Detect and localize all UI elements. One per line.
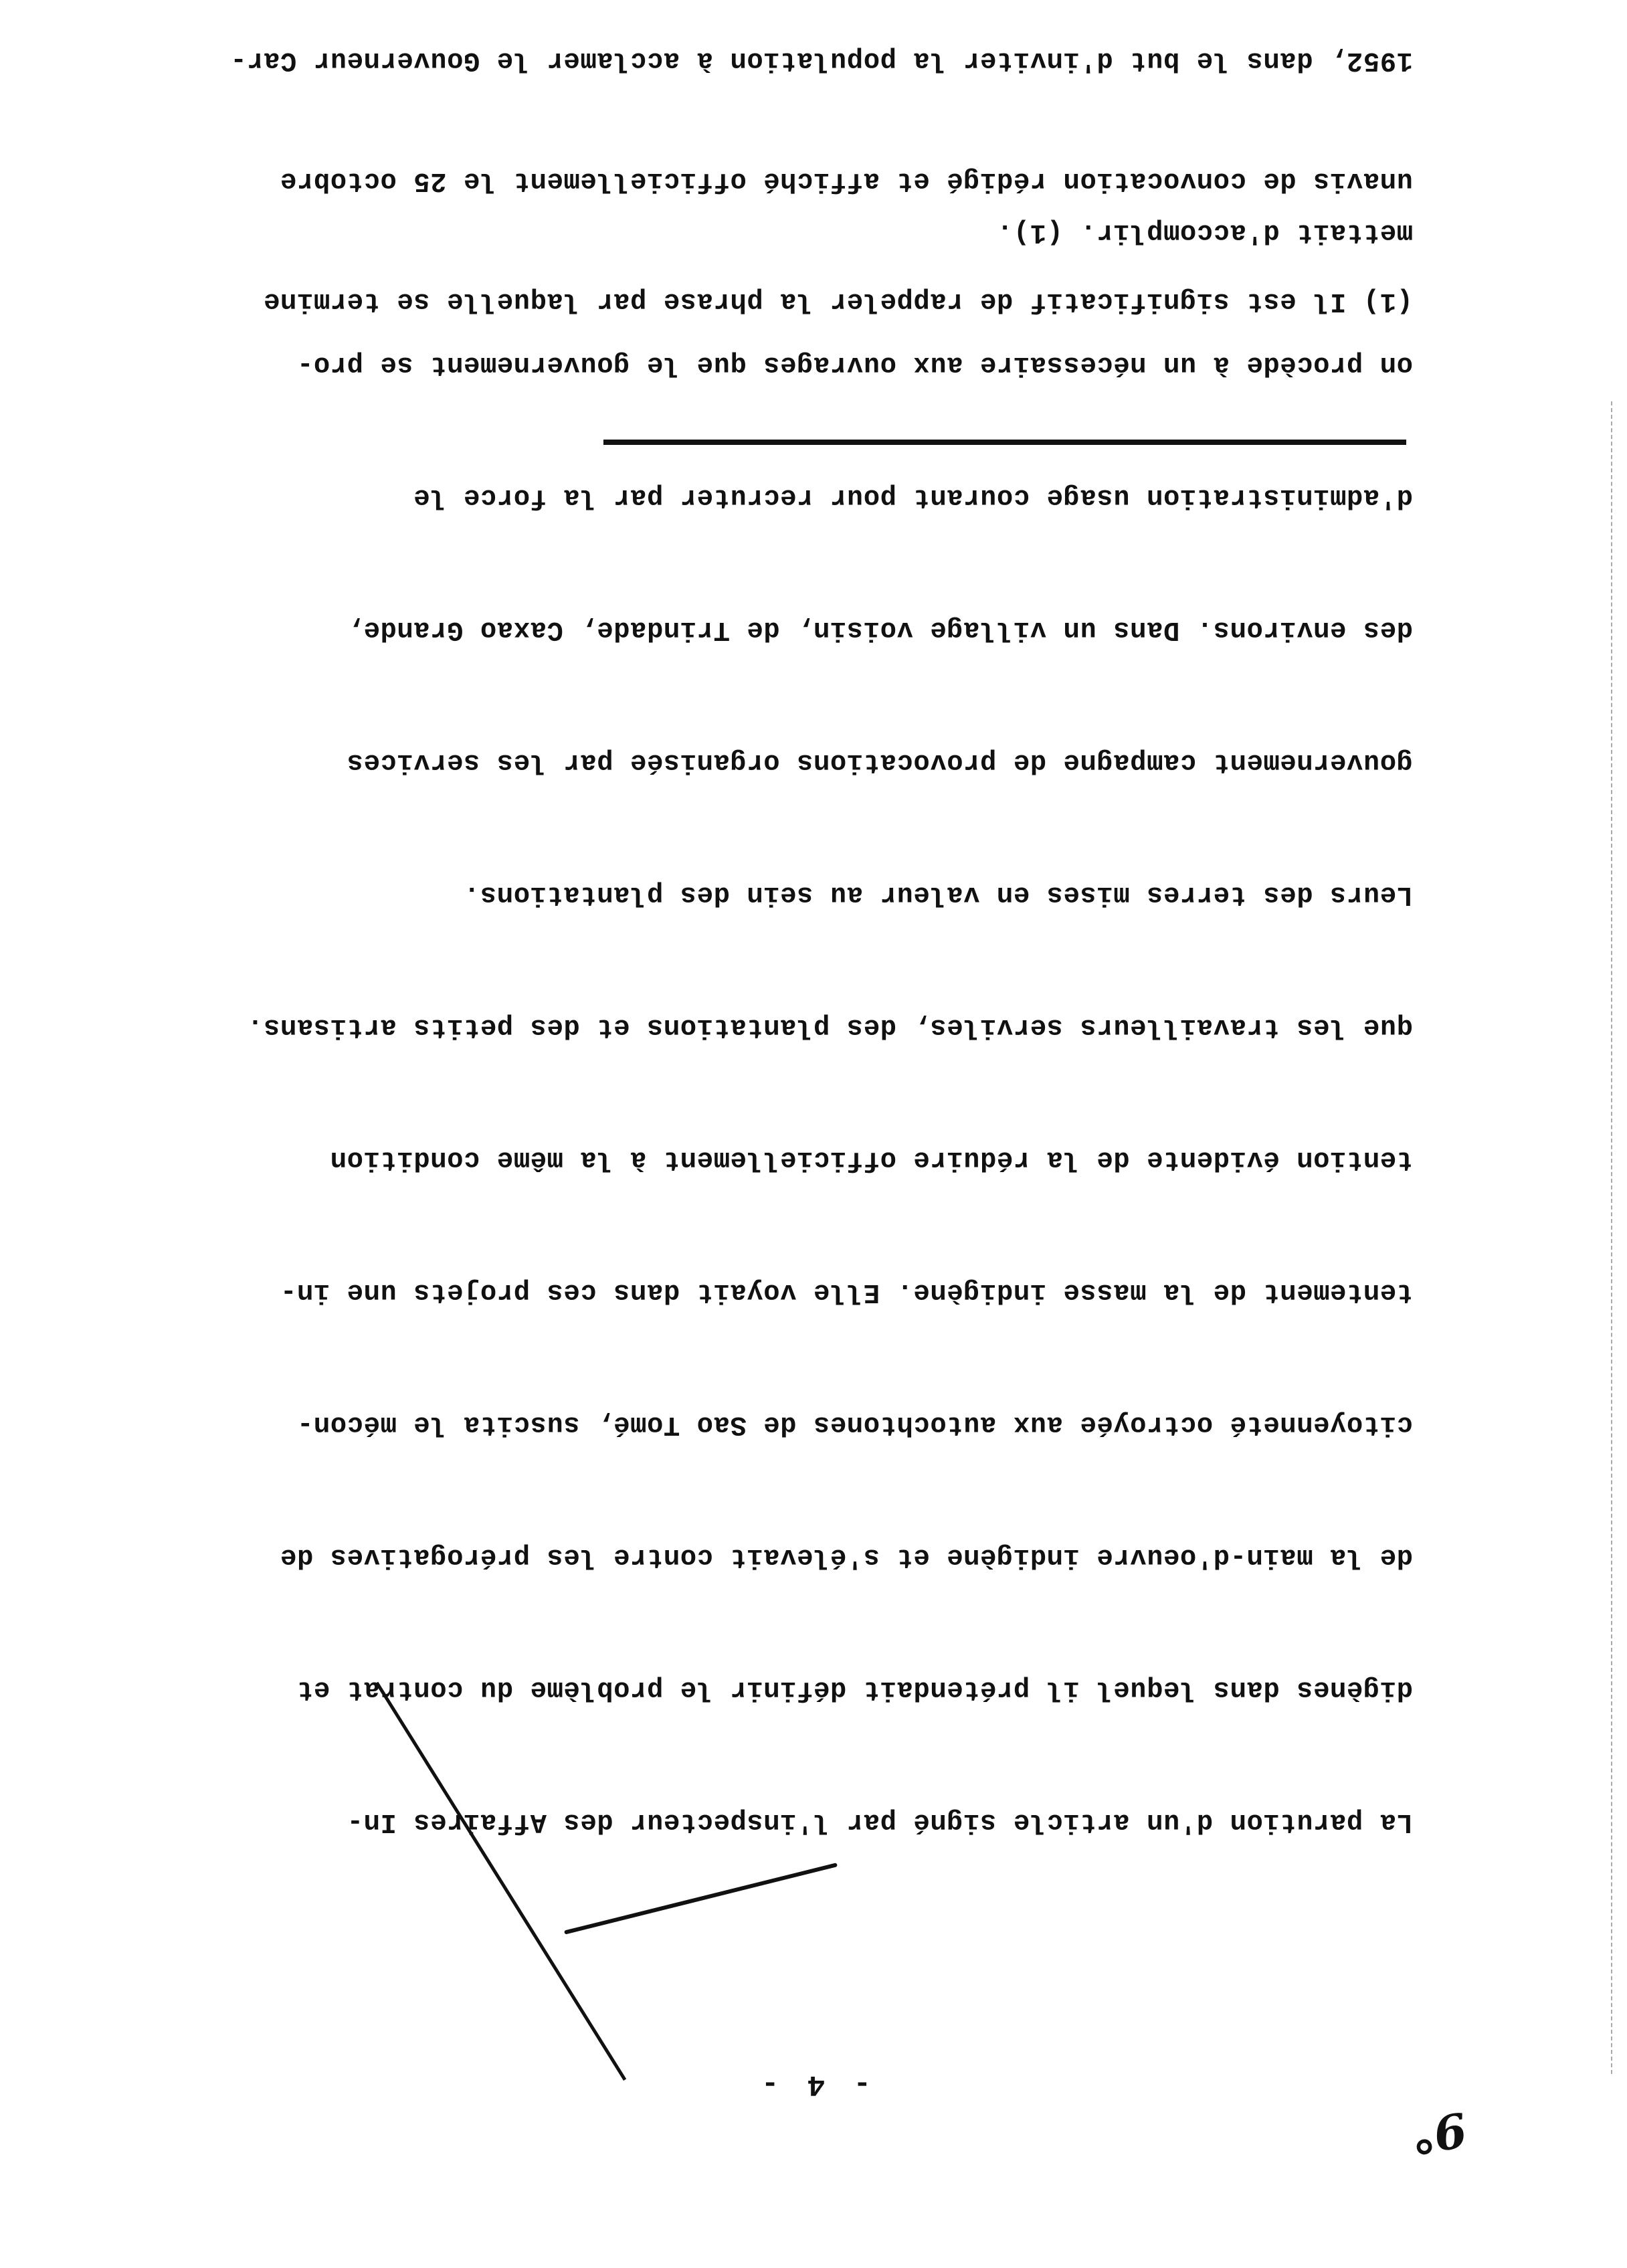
text-line: que les travailleurs serviles, des plant… — [108, 1005, 1413, 1049]
page-number: - 4 - — [0, 2067, 1627, 2101]
footnote-line: (1) Il est significatif de rappeler la p… — [108, 281, 1413, 321]
text-line: digènes dans lequel il prétendait défini… — [108, 1667, 1413, 1711]
text-line: gouvernement campagne de provocations or… — [108, 740, 1413, 784]
handwritten-page-mark: 9° — [1406, 2101, 1471, 2165]
text-line: de la main-d'oeuvre indigène et s'élevai… — [108, 1535, 1413, 1579]
footnote-line: unavis de convocation rédigé et affiché … — [108, 161, 1413, 201]
footnote: (1) Il est significatif de rappeler la p… — [108, 0, 1413, 401]
document-page: 9° - 4 - La parution d'un article signé … — [0, 0, 1627, 2268]
text-line: La parution d'un article signé par l'ins… — [108, 1800, 1413, 1844]
text-line: d'administration usage courant pour recr… — [108, 475, 1413, 519]
scan-edge-artifact — [1611, 401, 1614, 2074]
text-line: Leurs des terres mises en valeur au sein… — [108, 872, 1413, 917]
text-line: tention évidente de la réduire officiell… — [108, 1137, 1413, 1182]
footnote-separator-rule — [603, 440, 1406, 445]
text-line: des environs. Dans un village voisin, de… — [108, 607, 1413, 652]
text-line: tentement de la masse indigène. Elle voy… — [108, 1270, 1413, 1314]
footnote-line: 1952, dans le but d'inviter la populatio… — [108, 40, 1413, 80]
text-line: citoyenneté octroyée aux autochtones de … — [108, 1402, 1413, 1446]
